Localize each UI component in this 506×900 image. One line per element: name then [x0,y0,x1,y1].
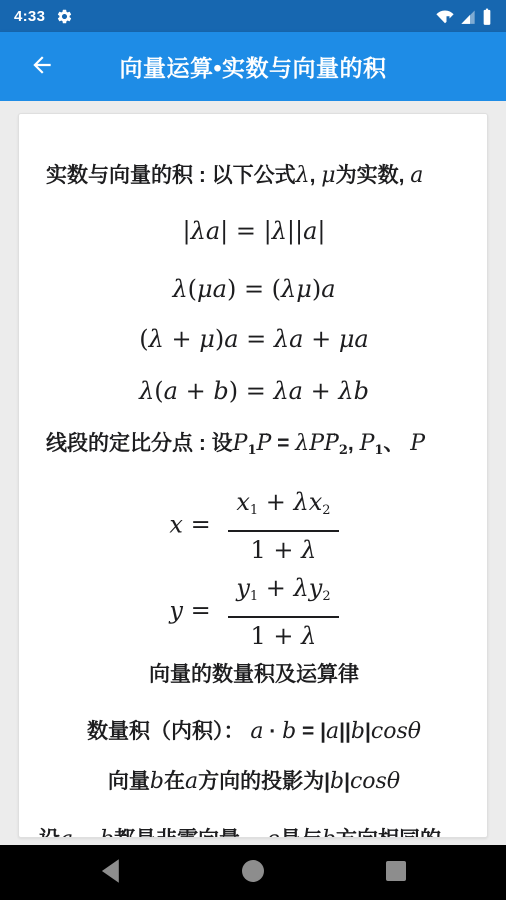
formula-card: 实数与向量的积 : 以下公式λ, μ为实数, a |λa| = |λ||a| λ… [18,113,488,838]
nav-back-button[interactable] [87,849,135,897]
status-bar-left: 4:33 [14,8,73,25]
back-button[interactable] [22,47,62,87]
page-title: 向量运算•实数与向量的积 [0,50,506,83]
gear-icon [56,8,73,25]
formula-line: 实数与向量的积 : 以下公式λ, μ为实数, a [37,161,471,191]
cellular-signal-icon [460,9,476,24]
formula-line: x = x1 + λx21 + λ [37,487,471,565]
content-area[interactable]: 实数与向量的积 : 以下公式λ, μ为实数, a |λa| = |λ||a| λ… [0,101,506,845]
formula-line: 设a、 b都是非零向量， e是与b方向相同的 [37,825,471,837]
nav-home-button[interactable] [229,849,277,897]
back-triangle-icon [100,858,122,887]
app-bar: 向量运算•实数与向量的积 [0,32,506,101]
navigation-bar [0,845,506,900]
formula-line: 线段的定比分点 : 设P1P→ = λPP→2, P1、 P [37,429,471,466]
status-time: 4:33 [14,8,45,25]
status-bar: 4:33 [0,0,506,32]
formula-line: λ(a + b) = λa + λb [37,375,471,407]
home-circle-icon [241,859,265,886]
formula-line: 向量b在a方向的投影为|b|cosθ [37,767,471,797]
formula-line: y = y1 + λy21 + λ [37,573,471,651]
phone-screen: 4:33 向量运算•实数与向量的积 [0,0,506,900]
section-heading: 向量的数量积及运算律 [37,660,471,690]
battery-icon [482,8,492,25]
formula-line: |λa| = |λ||a| [37,215,471,247]
back-arrow-icon [29,52,55,81]
formula-line: λ(μa) = (λμ)a [37,273,471,305]
wifi-icon [436,9,454,24]
formula-line: (λ + μ)a = λa + μa [37,323,471,355]
formula-list: 实数与向量的积 : 以下公式λ, μ为实数, a |λa| = |λ||a| λ… [37,114,471,837]
formula-line: 数量积（内积）： a · b = |a||b|cosθ [37,717,471,747]
nav-recents-button[interactable] [372,849,420,897]
status-bar-right [436,8,492,25]
recents-square-icon [385,860,407,885]
